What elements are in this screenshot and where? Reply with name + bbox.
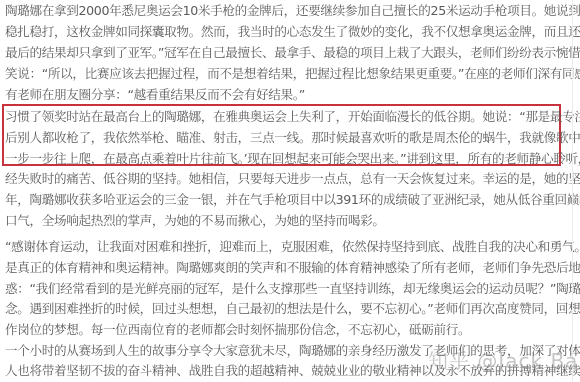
watermark: 知乎 @Jack Bauer	[428, 345, 580, 374]
paragraph-line: 念。遇到困难挫折的时候，回过头想想，自己最初的想法是什么，要不忘初心。”老师们再…	[5, 298, 580, 319]
paragraph-line: 年，陶璐娜收获多哈亚运会的三金一银，并在气手枪项目中以391环的成绩破了亚洲纪录…	[5, 189, 580, 210]
paragraph-line: 经失败时的痛苦、低谷期的坚持。她相信，只要每天进步一点点，总有一天会恢复过来。幸…	[5, 168, 580, 189]
paragraph-line: 稳扎稳打，这枚金牌如同探囊取物。然而，我当时的心态发生了微妙的变化，我不仅想拿奥…	[5, 21, 580, 42]
paragraph-line: 最后的结果却只拿到了亚军。”冠军在自己最擅长、最拿手、最稳的项目上栽了大跟头，老…	[5, 42, 580, 63]
paragraph-line: 作岗位的梦想。每一位西南位育的老师都会时刻怀揣那份信念，不忘初心，砥砺前行。	[5, 319, 470, 340]
highlighted-line: 习惯了领奖时站在最高台上的陶璐娜，在雅典奥运会上失利了，开始面临漫长的低谷期。她…	[5, 106, 580, 127]
paragraph-line: 惑：“我们经常看到的是光鲜亮丽的冠军，是什么支撑那些一直坚持训练，却无缘奥运会的…	[5, 278, 580, 299]
paragraph-line: “感谢体育运动，让我面对困难和挫折，迎难而上，克服困难，依然保持坚持到底、战胜自…	[5, 236, 580, 257]
highlighted-line: 后别人都收枪了，我依然举枪、瞄准、射击，三点一线。那时候最喜欢听的歌是周杰伦的蜗…	[5, 127, 580, 148]
paragraph-line: 陶璐娜在拿到2000年悉尼奥运会10米手枪的金牌后，还要继续参加自己擅长的25米…	[5, 0, 580, 21]
paragraph-line: 笑说：“所以，比赛应该去把握过程，而不是想着结果，把握过程比想象结果更重要。”在…	[5, 63, 580, 84]
paragraph-line: 是真正的体育精神和奥运精神。陶璐娜爽朗的笑声和不服输的体育精神感染了所有老师，老…	[5, 257, 580, 278]
highlighted-line: 一步一步往上爬，在最高点乘着叶片往前飞。’现在回想起来可能会哭出来。”讲到这里，…	[5, 148, 580, 169]
content-edge-divider	[572, 0, 573, 382]
paragraph-line: 口气，全场响起热烈的掌声，为她的不易而揪心，为她的坚持而喝彩。	[5, 210, 385, 231]
paragraph-line: 有老师在朋友圈分享：“越看重结果反而不会有好结果。”	[5, 84, 305, 105]
